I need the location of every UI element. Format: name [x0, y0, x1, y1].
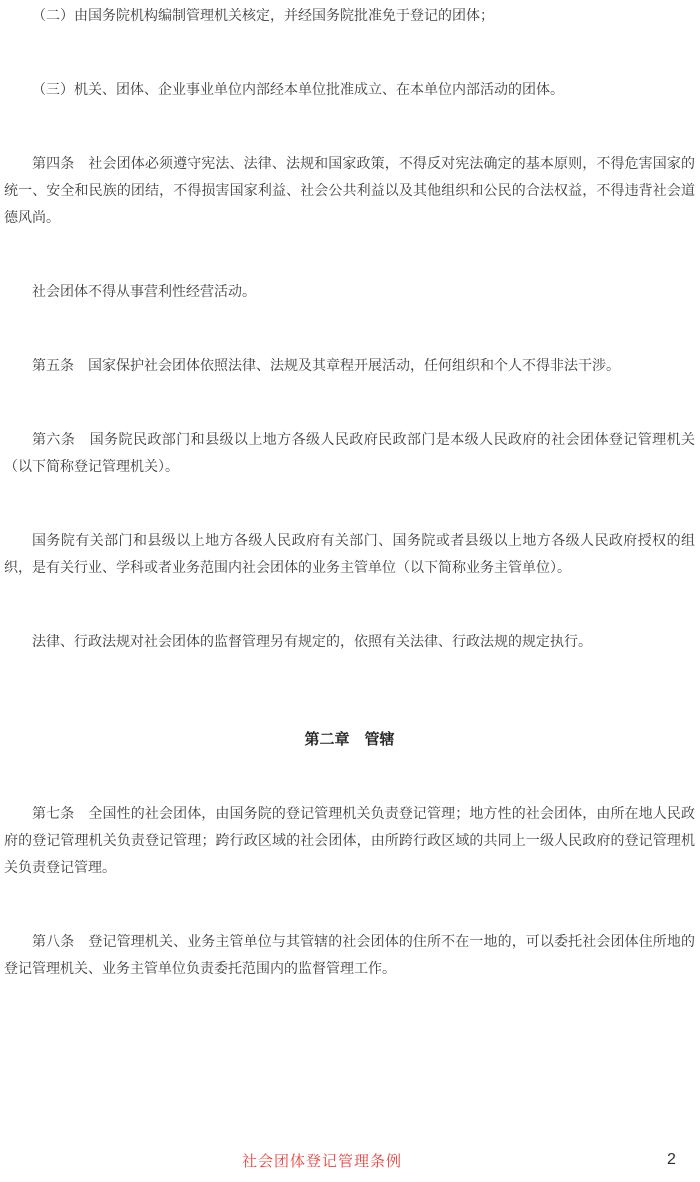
- document-page: { "document": { "paragraphs": [ { "text"…: [0, 0, 700, 1182]
- page-number: 2: [667, 1151, 676, 1169]
- paragraph-article-7: 第七条 全国性的社会团体，由国务院的登记管理机关负责登记管理；地方性的社会团体，…: [4, 800, 695, 881]
- document-body: （二）由国务院机构编制管理机关核定，并经国务院批准免于登记的团体； （三）机关、…: [0, 0, 700, 982]
- paragraph-article-4-cont: 社会团体不得从事营利性经营活动。: [4, 278, 695, 305]
- paragraph-article-6: 第六条 国务院民政部门和县级以上地方各级人民政府民政部门是本级人民政府的社会团体…: [4, 426, 695, 480]
- chapter-heading: 第二章 管辖: [4, 726, 695, 753]
- paragraph-article-5: 第五条 国家保护社会团体依照法律、法规及其章程开展活动，任何组织和个人不得非法干…: [4, 352, 695, 379]
- paragraph-article-8: 第八条 登记管理机关、业务主管单位与其管辖的社会团体的住所不在一地的，可以委托社…: [4, 928, 695, 982]
- paragraph-article-6-cont: 国务院有关部门和县级以上地方各级人民政府有关部门、国务院或者县级以上地方各级人民…: [4, 527, 695, 581]
- footer-document-title: 社会团体登记管理条例: [242, 1150, 402, 1171]
- paragraph-item-3: （三）机关、团体、企业事业单位内部经本单位批准成立、在本单位内部活动的团体。: [4, 76, 695, 103]
- paragraph-article-6-cont2: 法律、行政法规对社会团体的监督管理另有规定的，依照有关法律、行政法规的规定执行。: [4, 628, 695, 655]
- paragraph-item-2: （二）由国务院机构编制管理机关核定，并经国务院批准免于登记的团体；: [4, 2, 695, 29]
- paragraph-article-4: 第四条 社会团体必须遵守宪法、法律、法规和国家政策，不得反对宪法确定的基本原则，…: [4, 150, 695, 231]
